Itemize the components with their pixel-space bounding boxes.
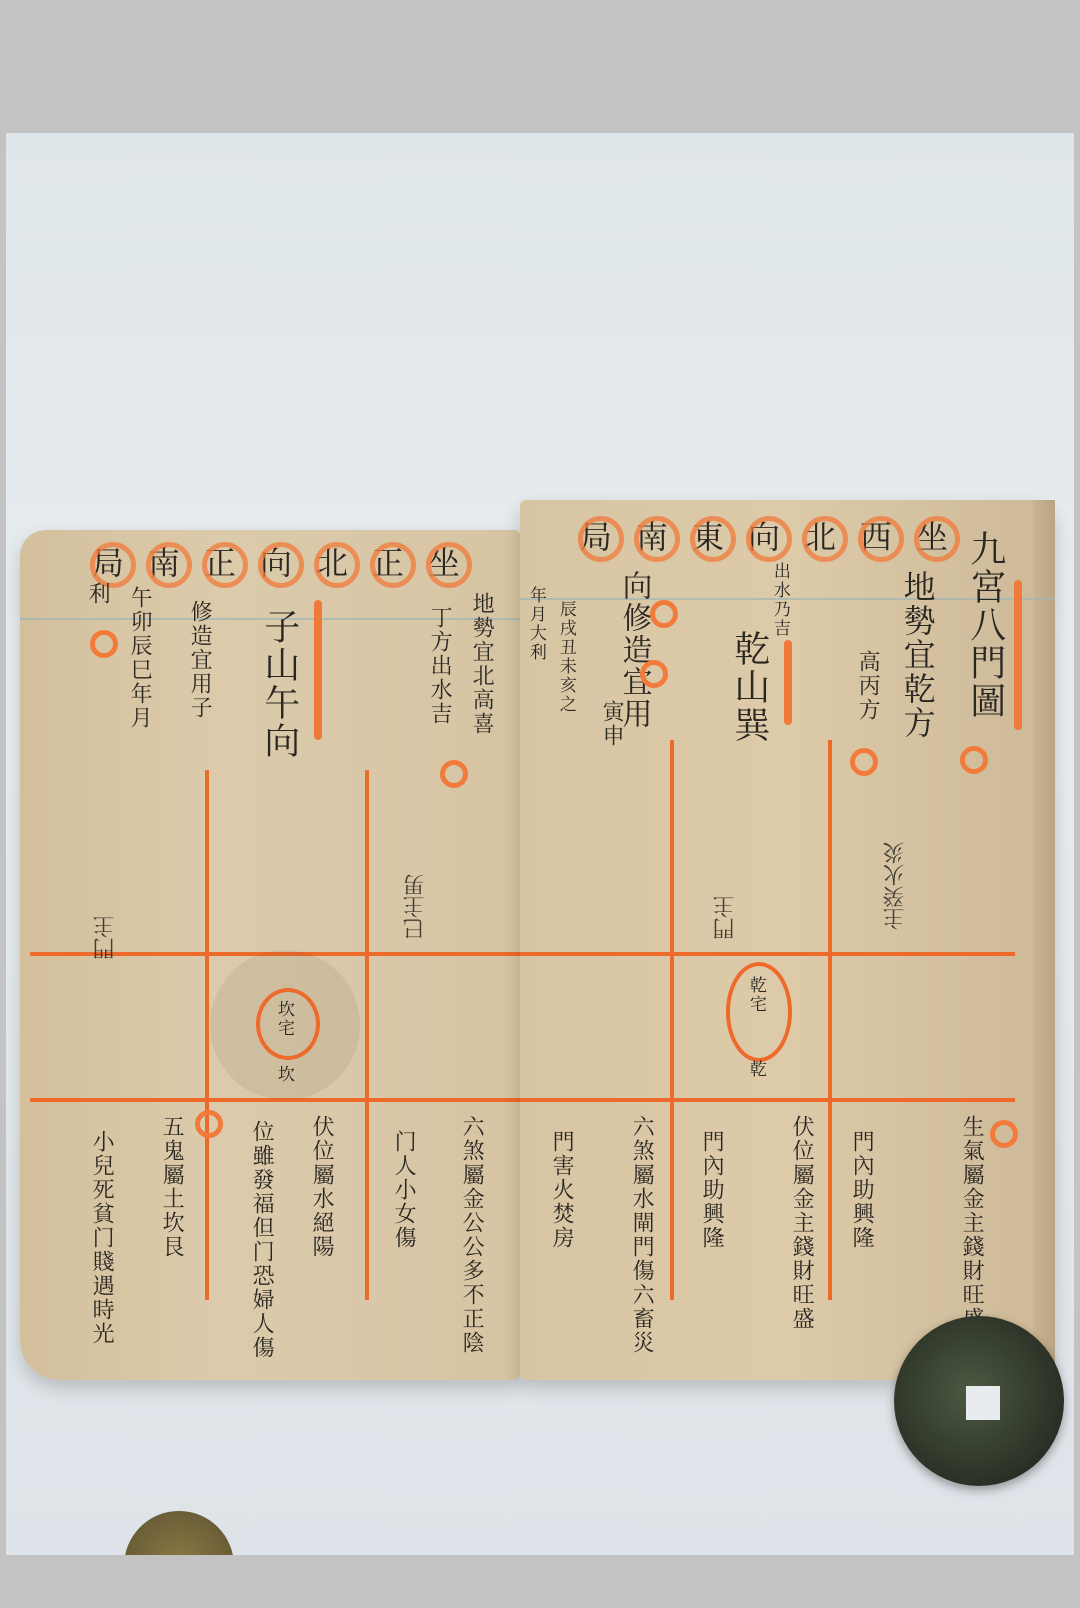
grid-line	[520, 1098, 1015, 1102]
right-years-sub: 年月大利	[526, 586, 544, 662]
bronze-coin	[894, 1316, 1064, 1486]
grid-line	[205, 770, 209, 1300]
right-build-sub: 寅申	[600, 700, 623, 748]
right-bottom-cell-3-sub: 門害火焚房	[550, 1130, 573, 1250]
header-char: 坐	[416, 540, 472, 586]
rotated-cell-text: 巳主男	[400, 790, 431, 940]
vermilion-dot	[850, 748, 878, 776]
rotated-cell-text: 主癸火炎	[880, 790, 911, 930]
right-header: 坐 西 北 向 東 南 局	[568, 514, 960, 560]
right-page: 坐 西 北 向 東 南 局 九宮八門圖 地勢宜乾方 高丙方 出水乃吉 乾山巽 向…	[520, 500, 1055, 1380]
vermilion-dot	[990, 1120, 1018, 1148]
left-mountain-col: 子山午向	[260, 608, 298, 760]
header-char: 西	[848, 514, 904, 560]
red-mark	[784, 640, 792, 725]
left-terrain-col: 地勢宜北高喜	[470, 592, 493, 736]
red-mark	[1014, 580, 1022, 730]
header-char: 坐	[904, 514, 960, 560]
right-water-note: 出水乃吉	[770, 562, 788, 638]
right-center-label: 乾宅	[746, 976, 764, 1014]
right-center-sub: 乾	[746, 1060, 764, 1079]
vermilion-dot	[640, 660, 668, 688]
left-bottom-cell-1-sub: 门人小女傷	[392, 1130, 415, 1250]
left-header: 坐 正 北 向 正 南 局	[80, 540, 472, 586]
page-edge	[1033, 500, 1055, 1380]
header-char: 正	[192, 540, 248, 586]
header-char: 正	[360, 540, 416, 586]
header-char: 南	[136, 540, 192, 586]
grid-line	[670, 740, 674, 1300]
grid-line	[520, 952, 1015, 956]
header-char: 北	[792, 514, 848, 560]
brass-coin-partial	[124, 1511, 234, 1555]
rotated-cell-text: 門主	[90, 830, 121, 960]
left-bottom-cell-3: 五鬼屬土坎艮	[160, 1115, 183, 1259]
right-bottom-cell-2: 伏位屬金主錢財旺盛	[790, 1115, 813, 1331]
left-bottom-cell-2-sub: 位雖發福但门恐婦人傷	[250, 1120, 273, 1360]
vermilion-dot	[440, 760, 468, 788]
header-char: 向	[248, 540, 304, 586]
right-years-col: 辰戌丑未亥之	[556, 600, 574, 714]
header-char: 局	[568, 514, 624, 560]
right-terrain-sub: 高丙方	[856, 650, 879, 722]
right-mountain-col: 乾山巽	[730, 630, 768, 744]
grid-line	[828, 740, 832, 1300]
photo-background: 坐 正 北 向 正 南 局 地勢宜北高喜 丁方出水吉 子山午向 修造宜用子 午卯…	[6, 133, 1074, 1555]
red-mark	[314, 600, 322, 740]
left-bottom-cell-1: 六煞屬金公公多不正陰	[460, 1115, 483, 1355]
header-char: 南	[624, 514, 680, 560]
left-years-col: 午卯辰巳年月	[128, 586, 151, 730]
right-bottom-cell-3: 六煞屬水閘門傷六畜災	[630, 1115, 653, 1355]
right-terrain-col: 地勢宜乾方	[900, 570, 934, 740]
header-char: 向	[736, 514, 792, 560]
left-page: 坐 正 北 向 正 南 局 地勢宜北高喜 丁方出水吉 子山午向 修造宜用子 午卯…	[20, 530, 520, 1380]
rotated-cell-text: 門主	[710, 800, 741, 940]
left-profit-col: 利	[86, 582, 109, 606]
right-bottom-cell-2-sub: 門內助興隆	[700, 1130, 723, 1250]
header-char: 東	[680, 514, 736, 560]
grid-line	[365, 770, 369, 1300]
vermilion-dot	[960, 746, 988, 774]
left-center-label: 坎宅	[274, 1000, 292, 1038]
left-bottom-cell-3-sub: 小兒死貧门賤遇時光	[90, 1130, 113, 1346]
vermilion-dot	[90, 630, 118, 658]
right-bottom-cell-1: 生氣屬金主錢財旺盛	[960, 1115, 983, 1331]
left-water-col: 丁方出水吉	[428, 606, 451, 726]
header-char: 北	[304, 540, 360, 586]
left-build-col: 修造宜用子	[188, 600, 211, 720]
vermilion-dot	[650, 600, 678, 628]
right-title: 九宮八門圖	[966, 530, 1004, 720]
vermilion-dot	[195, 1110, 223, 1138]
left-bottom-cell-2: 伏位屬水絕陽	[310, 1115, 333, 1259]
right-bottom-cell-1-sub: 門內助興隆	[850, 1130, 873, 1250]
left-center-sub: 坎	[274, 1065, 292, 1084]
header-char: 局	[80, 540, 136, 586]
